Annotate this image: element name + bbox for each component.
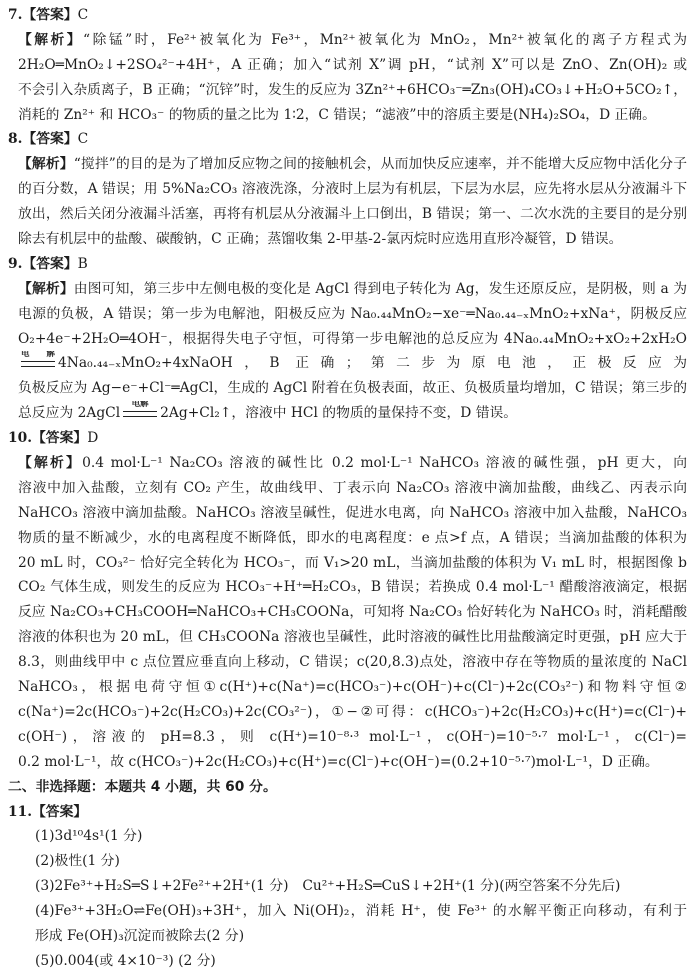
analysis-text: 由图可知，第三步中左侧电极的变化是 AgCl 得到电子转化为 Ag，发生还原反应… bbox=[18, 281, 687, 302]
q7-analysis-line: 2H₂O═MnO₂↓+2SO₄²⁻+4H⁺，A 正确；加入“试剂 X”调 pH，… bbox=[18, 53, 687, 78]
q10-analysis-line: 物质的量不断减少，水的电离程度不断降低，即水的电离程度：e 点>f 点，A 错误… bbox=[18, 526, 687, 551]
q8-analysis-line: 除去有机层中的盐酸、碳酸钠，C 正确；蒸馏收集 2-甲基-2-氯丙烷时应选用直形… bbox=[18, 227, 687, 252]
answer-key-page: 7.【答案】C 【解析】“除锰”时，Fe²⁺被氧化为 Fe³⁺，Mn²⁺被氧化为… bbox=[0, 0, 693, 978]
electrolysis-condition-equals: 电解 bbox=[123, 411, 157, 417]
answer-value: C bbox=[78, 131, 89, 147]
answer-label: 【答案】 bbox=[32, 804, 87, 820]
section-2-header: 二、非选择题：本题共 4 小题，共 60 分。 bbox=[8, 775, 687, 800]
electrolysis-label: 电解 bbox=[123, 401, 157, 409]
q11-answer-line: 11.【答案】 bbox=[8, 800, 687, 825]
q10-analysis-line: CO₂ 气体生成，则发生的反应为 HCO₃⁻+H⁺═H₂CO₃，B 错误；若换成… bbox=[18, 575, 687, 600]
analysis-label: 【解析】 bbox=[18, 156, 74, 172]
q8-analysis-line: 的百分数，A 错误；用 5%Na₂CO₃ 溶液洗涤，分液时上层为有机层，下层为水… bbox=[18, 177, 687, 202]
analysis-text: “除锰”时，Fe²⁺被氧化为 Fe³⁺，Mn²⁺被氧化为 MnO₂，Mn²⁺被氧… bbox=[18, 32, 687, 53]
answer-label: 【答案】 bbox=[22, 256, 77, 272]
q10-analysis-line: 溶液的体积也为 20 mL，但 CH₃COONa 溶液也呈碱性，此时溶液的碱性比… bbox=[18, 625, 687, 650]
q10-analysis-line: 20 mL 时，CO₃²⁻ 恰好完全转化为 HCO₃⁻，而 V₁>20 mL，当… bbox=[18, 551, 687, 576]
q9-analysis-line: 【解析】由图可知，第三步中左侧电极的变化是 AgCl 得到电子转化为 Ag，发生… bbox=[18, 277, 687, 302]
q11-sub-answer-5: (5)0.004(或 4×10⁻³) (2 分) bbox=[35, 949, 687, 974]
q7-analysis-line: 【解析】“除锰”时，Fe²⁺被氧化为 Fe³⁺，Mn²⁺被氧化为 MnO₂，Mn… bbox=[18, 28, 687, 53]
q11-sub-answer-2: (2)极性(1 分) bbox=[35, 849, 687, 874]
q10-analysis-line: c(Na⁺)=2c(HCO₃⁻)+2c(H₂CO₃)+2c(CO₃²⁻)，①−②… bbox=[18, 700, 687, 725]
analysis-label: 【解析】 bbox=[18, 455, 82, 471]
electrolysis-label: 电解 bbox=[21, 351, 55, 359]
answer-value: D bbox=[87, 430, 98, 446]
double-bar-equals-icon bbox=[21, 361, 55, 367]
answer-value: B bbox=[78, 256, 88, 272]
answer-label: 【答案】 bbox=[32, 430, 87, 446]
q10-analysis-line: 反应 Na₂CO₃+CH₃COOH═NaHCO₃+CH₃COONa，可知将 Na… bbox=[18, 600, 687, 625]
analysis-label: 【解析】 bbox=[18, 32, 83, 48]
q11-sub-answer-4: (4)Fe³⁺+3H₂O⇌Fe(OH)₃+3H⁺，加入 Ni(OH)₂，消耗 H… bbox=[35, 899, 687, 924]
analysis-label: 【解析】 bbox=[18, 281, 74, 297]
electrolysis-condition-equals: 电解 bbox=[21, 361, 55, 367]
answer-value: C bbox=[78, 7, 89, 23]
q7-answer-line: 7.【答案】C bbox=[8, 3, 687, 28]
q10-analysis-line: 8.3，则曲线甲中 c 点位置应垂直向上移动，C 错误；c(20,8.3)点处，… bbox=[18, 650, 687, 675]
q9-analysis-line: 电解4Na₀.₄₄₋ₓMnO₂+4xNaOH，B 正确；第二步为原电池，正极反应… bbox=[18, 351, 687, 376]
answer-label: 【答案】 bbox=[22, 131, 77, 147]
q10-analysis-line: NaHCO₃，根据电荷守恒①c(H⁺)+c(Na⁺)=c(HCO₃⁻)+c(OH… bbox=[18, 675, 687, 700]
question-number: 7. bbox=[8, 7, 22, 23]
q10-analysis-line: 溶液中加入盐酸，立刻有 CO₂ 产生，故曲线甲、丁表示向 Na₂CO₃ 溶液中滴… bbox=[18, 476, 687, 501]
analysis-text: 2Ag+Cl₂↑，溶液中 HCl 的物质的量保持不变，D 错误。 bbox=[160, 405, 517, 421]
analysis-text: 0.4 mol·L⁻¹ Na₂CO₃ 溶液的碱性比 0.2 mol·L⁻¹ Na… bbox=[18, 455, 687, 476]
q10-analysis-line: c(OH⁻)，溶液的 pH=8.3，则 c(H⁺)=10⁻⁸·³ mol·L⁻¹… bbox=[18, 725, 687, 750]
analysis-text: 总反应为 2AgCl bbox=[18, 405, 120, 421]
question-number: 9. bbox=[8, 256, 22, 272]
double-bar-equals-icon bbox=[123, 411, 157, 417]
question-number: 10. bbox=[8, 430, 32, 446]
question-number: 11. bbox=[8, 804, 32, 820]
q9-analysis-line: 电源的负极，A 错误；第一步为电解池，阳极反应为 Na₀.₄₄MnO₂−xe⁻═… bbox=[18, 302, 687, 327]
answer-label: 【答案】 bbox=[22, 7, 77, 23]
q8-analysis-line: 【解析】“搅拌”的目的是为了增加反应物之间的接触机会，从而加快反应速率，并不能增… bbox=[18, 152, 687, 177]
q11-sub-answer-1: (1)3d¹⁰4s¹(1 分) bbox=[35, 824, 687, 849]
q10-answer-line: 10.【答案】D bbox=[8, 426, 687, 451]
q8-analysis-line: 放出，然后关闭分液漏斗活塞，再将有机层从分液漏斗上口倒出，B 错误；第一、二次水… bbox=[18, 202, 687, 227]
q7-analysis-line: 消耗的 Zn²⁺ 和 HCO₃⁻ 的物质的量之比为 1∶2，C 错误；“滤液”中… bbox=[18, 103, 687, 128]
question-number: 8. bbox=[8, 131, 22, 147]
analysis-text: “搅拌”的目的是为了增加反应物之间的接触机会，从而加快反应速率，并不能增大反应物… bbox=[74, 156, 687, 172]
q9-answer-line: 9.【答案】B bbox=[8, 252, 687, 277]
q11-sub-answer-4-cont: 形成 Fe(OH)₃沉淀而被除去(2 分) bbox=[35, 924, 687, 949]
q11-sub-answer-3: (3)2Fe³⁺+H₂S═S↓+2Fe²⁺+2H⁺(1 分) Cu²⁺+H₂S═… bbox=[35, 874, 687, 899]
q10-analysis-line: 0.2 mol·L⁻¹，故 c(HCO₃⁻)+2c(H₂CO₃)+c(H⁺)=c… bbox=[18, 750, 687, 775]
q9-analysis-line: O₂+4e⁻+2H₂O═4OH⁻，根据得失电子守恒，可得第一步电解池的总反应为 … bbox=[18, 327, 687, 352]
q10-analysis-line: NaHCO₃ 溶液中滴加盐酸。NaHCO₃ 溶液呈碱性，促进水电离，向 NaHC… bbox=[18, 501, 687, 526]
q9-analysis-line: 负极反应为 Ag−e⁻+Cl⁻═AgCl，生成的 AgCl 附着在负极表面，故正… bbox=[18, 376, 687, 401]
q8-answer-line: 8.【答案】C bbox=[8, 127, 687, 152]
q7-analysis-line: 不会引入杂质离子，B 正确；“沉锌”时，发生的反应为 3Zn²⁺+6HCO₃⁻═… bbox=[18, 78, 687, 103]
analysis-text: 4Na₀.₄₄₋ₓMnO₂+4xNaOH，B 正确；第二步为原电池，正极反应为 … bbox=[18, 355, 687, 376]
q9-analysis-line: 总反应为 2AgCl电解2Ag+Cl₂↑，溶液中 HCl 的物质的量保持不变，D… bbox=[18, 401, 687, 426]
q10-analysis-line: 【解析】0.4 mol·L⁻¹ Na₂CO₃ 溶液的碱性比 0.2 mol·L⁻… bbox=[18, 451, 687, 476]
